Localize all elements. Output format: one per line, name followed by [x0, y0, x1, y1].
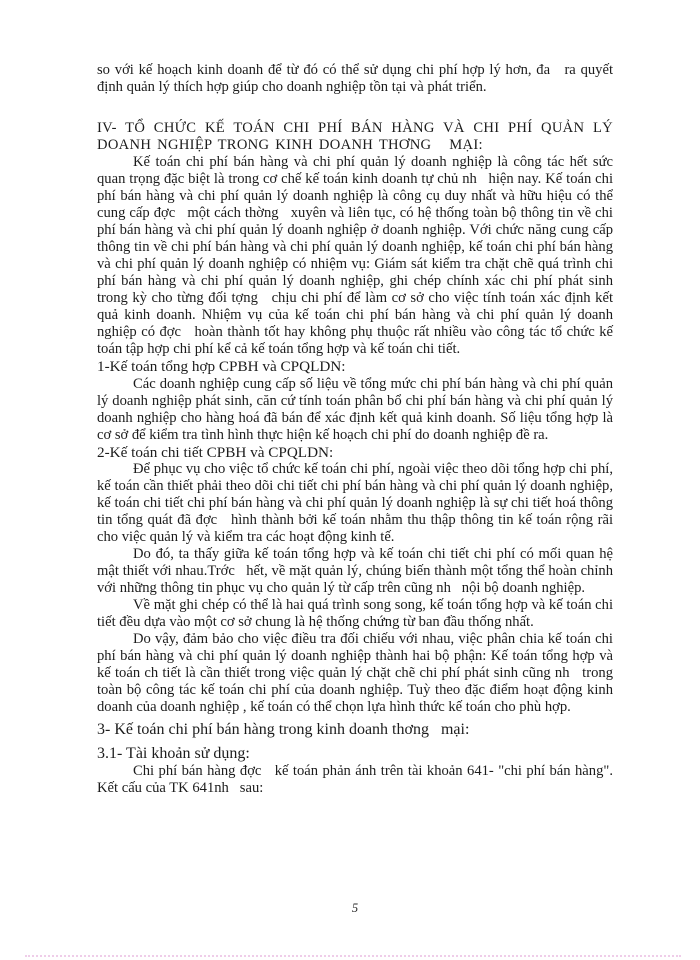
- continued-paragraph: so với kế hoạch kinh doanh để từ đó có t…: [97, 62, 613, 96]
- document-content: so với kế hoạch kinh doanh để từ đó có t…: [97, 62, 613, 797]
- body-paragraph: Kế toán chi phí bán hàng và chi phí quản…: [97, 154, 613, 358]
- page-break-divider: [25, 955, 681, 957]
- body-paragraph: Do vậy, đảm bảo cho việc điều tra đối ch…: [97, 631, 613, 716]
- body-paragraph: Chi phí bán hàng đợc kế toán phản ánh tr…: [97, 763, 613, 797]
- section-heading-iv: IV- TỔ CHỨC KẾ TOÁN CHI PHÍ BÁN HÀNG VÀ …: [97, 120, 613, 154]
- subsection-heading-1: 1-Kế toán tổng hợp CPBH và CPQLDN:: [97, 358, 613, 376]
- subsection-heading-2: 2-Kế toán chi tiết CPBH và CPQLDN:: [97, 444, 613, 462]
- section-heading-3: 3- Kế toán chi phí bán hàng trong kinh d…: [97, 720, 613, 740]
- body-paragraph: Các doanh nghiệp cung cấp số liệu về tổn…: [97, 376, 613, 444]
- section-heading-3-1: 3.1- Tài khoản sử dụng:: [97, 744, 613, 764]
- body-paragraph: Do đó, ta thấy giữa kế toán tổng hợp và …: [97, 546, 613, 597]
- document-page: so với kế hoạch kinh doanh để từ đó có t…: [0, 0, 700, 960]
- page-number: 5: [97, 901, 613, 916]
- body-paragraph: Về mặt ghi chép có thể là hai quá trình …: [97, 597, 613, 631]
- body-paragraph: Để phục vụ cho việc tổ chức kế toán chi …: [97, 461, 613, 546]
